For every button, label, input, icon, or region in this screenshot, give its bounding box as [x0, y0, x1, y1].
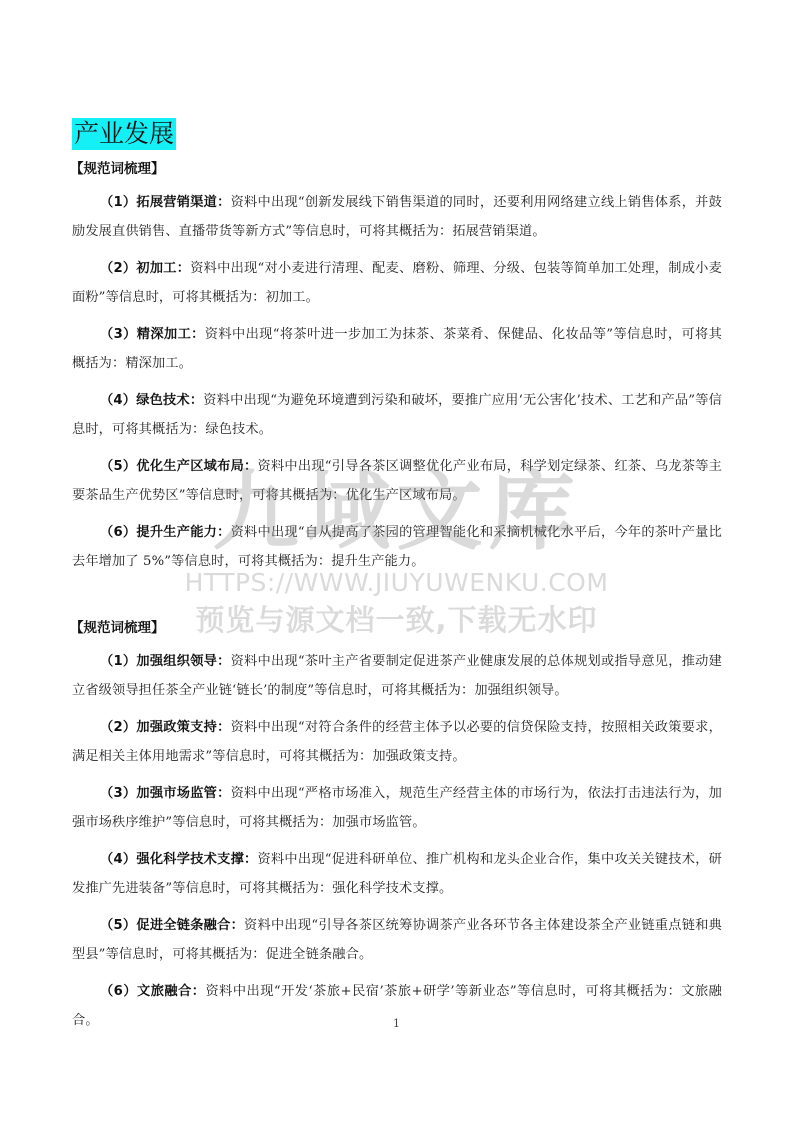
item-term: （4）绿色技术：	[100, 393, 203, 408]
item-term: （1）加强组织领导：	[100, 654, 231, 669]
list-item: （2）初加工：资料中出现“对小麦进行清理、配麦、磨粉、筛理、分级、包装等简单加工…	[72, 254, 722, 312]
section-1: 【规范词梳理】 （1）拓展营销渠道：资料中出现“创新发展线下销售渠道的同时，还要…	[72, 158, 722, 576]
list-item: （6）提升生产能力：资料中出现“自从提高了茶园的管理智能化和采摘机械化水平后，今…	[72, 518, 722, 576]
section-spacer	[72, 584, 722, 617]
item-term: （6）文旅融合：	[100, 984, 205, 999]
list-item: （1）加强组织领导：资料中出现“茶叶主产省要制定促进茶产业健康发展的总体规划或指…	[72, 647, 722, 705]
list-item: （3）精深加工：资料中出现“将茶叶进一步加工为抹茶、茶菜肴、保健品、化妆品等”等…	[72, 320, 722, 378]
item-term: （2）初加工：	[100, 261, 190, 276]
list-item: （5）促进全链条融合：资料中出现“引导各茶区统筹协调茶产业各环节各主体建设茶全产…	[72, 911, 722, 969]
list-item: （4）绿色技术：资料中出现“为避免环境遭到污染和破坏，要推广应用‘无公害化’技术…	[72, 386, 722, 444]
item-term: （5）优化生产区域布局：	[100, 459, 258, 474]
item-term: （2）加强政策支持：	[100, 720, 231, 735]
section-2: 【规范词梳理】 （1）加强组织领导：资料中出现“茶叶主产省要制定促进茶产业健康发…	[72, 617, 722, 1035]
item-term: （3）加强市场监管：	[100, 786, 231, 801]
list-item: （4）强化科学技术支撑：资料中出现“促进科研单位、推广机构和龙头企业合作，集中攻…	[72, 845, 722, 903]
section-heading: 【规范词梳理】	[70, 617, 722, 639]
page-number: 1	[0, 1017, 793, 1030]
list-item: （1）拓展营销渠道：资料中出现“创新发展线下销售渠道的同时，还要利用网络建立线上…	[72, 188, 722, 246]
item-term: （4）强化科学技术支撑：	[100, 852, 258, 867]
item-term: （1）拓展营销渠道：	[100, 195, 231, 210]
page-title: 产业发展	[72, 118, 176, 150]
item-term: （6）提升生产能力：	[100, 525, 231, 540]
item-term: （5）促进全链条融合：	[100, 918, 244, 933]
item-term: （3）精深加工：	[100, 327, 205, 342]
document-page: 产业发展 【规范词梳理】 （1）拓展营销渠道：资料中出现“创新发展线下销售渠道的…	[72, 118, 722, 1043]
list-item: （2）加强政策支持：资料中出现“对符合条件的经营主体予以必要的信贷保险支持，按照…	[72, 713, 722, 771]
list-item: （3）加强市场监管：资料中出现“严格市场准入，规范生产经营主体的市场行为，依法打…	[72, 779, 722, 837]
section-heading: 【规范词梳理】	[70, 158, 722, 180]
list-item: （5）优化生产区域布局：资料中出现“引导各茶区调整优化产业布局，科学划定绿茶、红…	[72, 452, 722, 510]
